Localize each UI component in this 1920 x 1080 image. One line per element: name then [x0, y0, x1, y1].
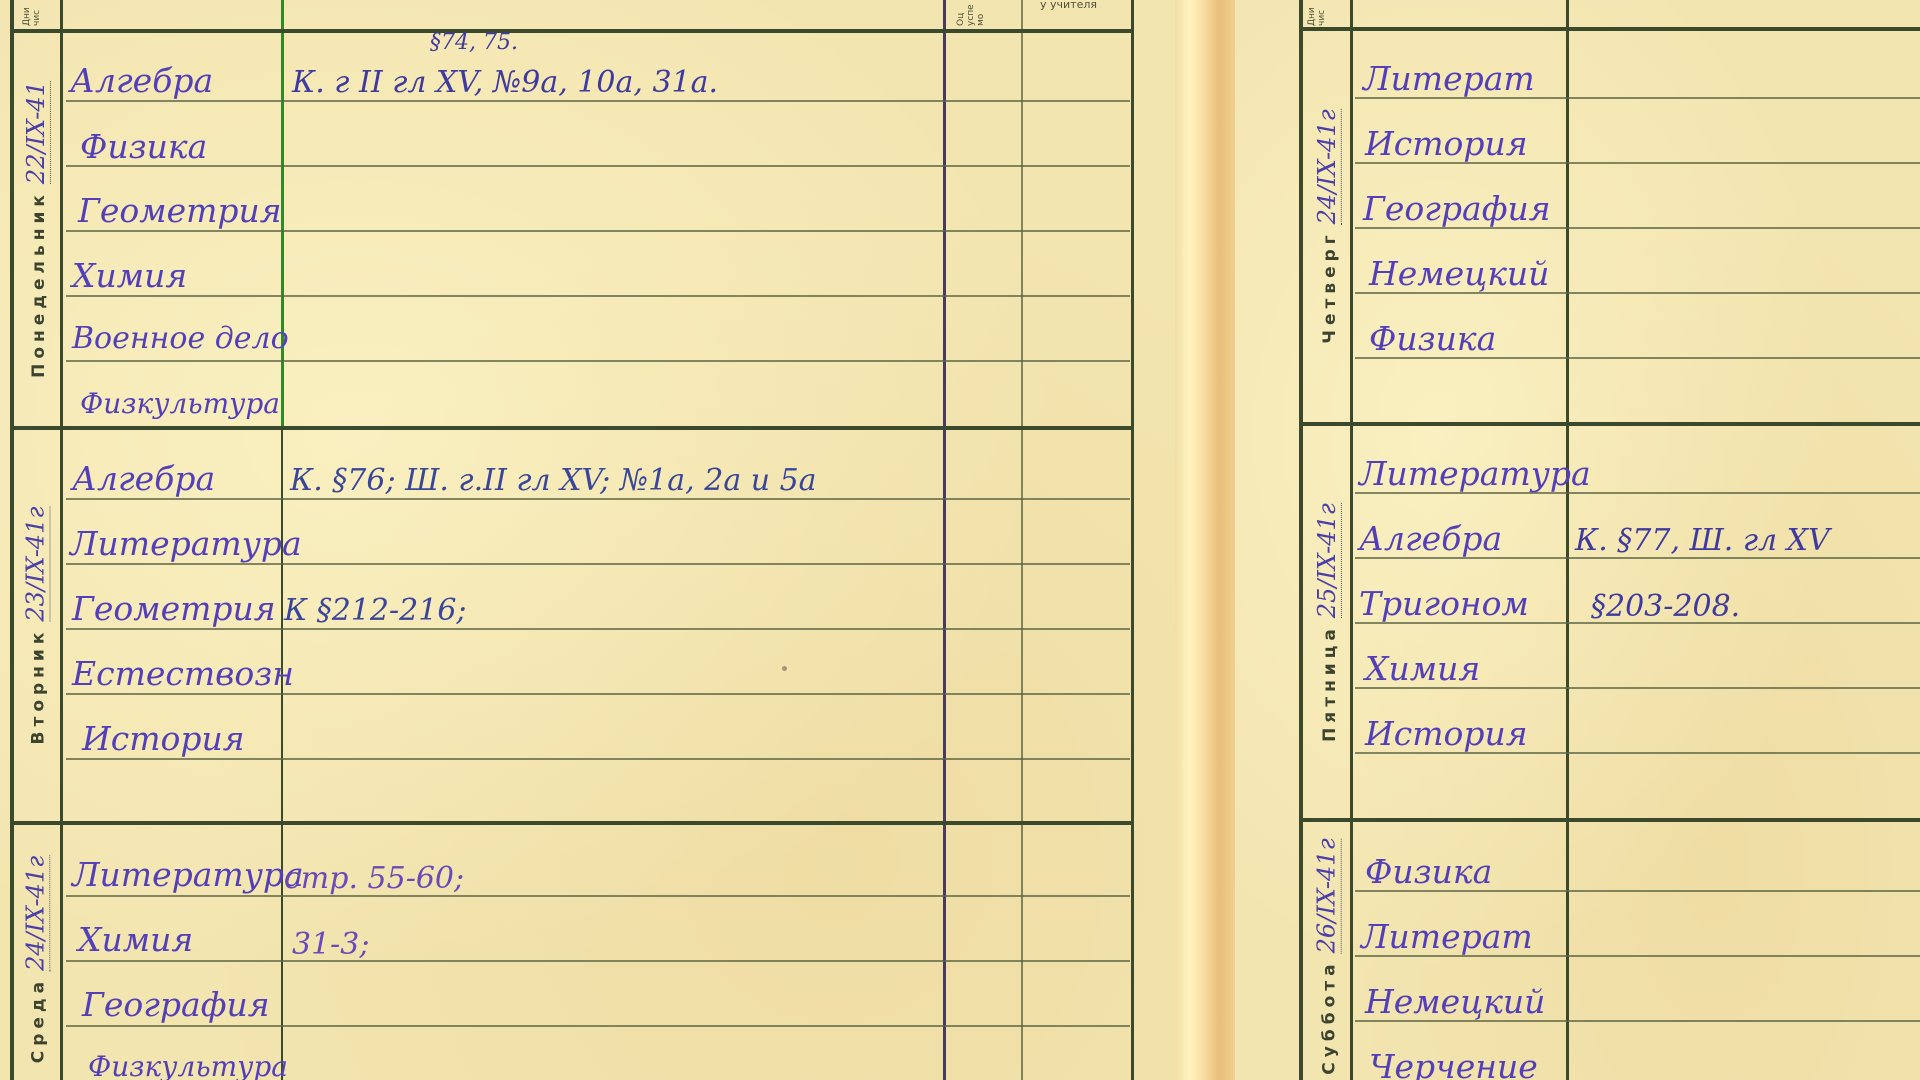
subject: Немецкий: [1369, 257, 1549, 290]
day-name: Четверг: [1320, 230, 1340, 343]
header-rule: [1299, 27, 1920, 31]
day-label-saturday: Суббота 26/IX-41г: [1301, 822, 1353, 1080]
block-rule: [1299, 818, 1920, 822]
day-label-thursday: Четверг 24/IX-41г: [1301, 31, 1353, 422]
subject: Немецкий: [1365, 985, 1545, 1018]
day-name: Понедельник: [29, 190, 49, 378]
day-date: 23/IX-41г: [22, 507, 51, 622]
day-column-header: Дни чис: [22, 0, 42, 26]
subject: Геометрия: [78, 194, 282, 227]
header-rule: [10, 29, 1134, 33]
day-name: Среда: [29, 977, 49, 1063]
homework: стр. 55-60;: [284, 864, 464, 894]
subject: Черчение: [1369, 1050, 1538, 1080]
subject: Литерат: [1361, 920, 1533, 953]
subject: Химия: [1365, 652, 1480, 685]
block-rule: [10, 426, 1134, 430]
homework: К. §76; Ш. г.II гл XV; №1а, 2а и 5а: [290, 466, 817, 496]
homework: К §212-216;: [284, 596, 467, 626]
subject: История: [1365, 127, 1528, 160]
homework: 31-3;: [292, 930, 370, 960]
homework: К. г II гл XV, №9а, 10а, 31а.: [292, 68, 718, 98]
day-date: 24/IX-41г: [1313, 109, 1342, 224]
subject: Тригоном: [1359, 587, 1529, 620]
day-date: 25/IX-41г: [1313, 503, 1342, 618]
day-label-tuesday: Вторник 23/IX-41г: [10, 430, 62, 821]
day-column-header: Дни чис: [1307, 0, 1327, 26]
subject: Физкультура: [88, 1053, 288, 1080]
day-name: Суббота: [1320, 959, 1340, 1074]
homework: §203-208.: [1591, 592, 1740, 622]
subject: География: [1363, 192, 1551, 225]
teacher-column-rule: [1021, 0, 1023, 1080]
subject: Литература: [72, 858, 304, 891]
subject: Естествозн: [72, 657, 294, 690]
left-page: Дни чис Оц успе мо у учителя Понедельник…: [0, 0, 1195, 1080]
subject: Физика: [1369, 322, 1496, 355]
marks-column-rule: [943, 0, 946, 1080]
marks-column-header: Оц успе мо: [956, 0, 986, 26]
subject: Геометрия: [72, 592, 276, 625]
subject: Алгебра: [72, 462, 215, 495]
subject: Физика: [80, 130, 207, 163]
subject: Алгебра: [1359, 522, 1502, 555]
day-label-friday: Пятница 25/IX-41г: [1301, 426, 1353, 818]
day-name: Пятница: [1320, 624, 1340, 742]
block-rule: [10, 821, 1134, 825]
right-page: Дни чис Четверг 24/IX-41г Литерат Истори…: [1235, 0, 1920, 1080]
subject: География: [82, 988, 270, 1021]
subject: Алгебра: [70, 64, 213, 97]
day-date: 24/IX-41г: [22, 856, 51, 971]
day-name: Вторник: [29, 628, 49, 745]
subject: Физика: [1365, 855, 1492, 888]
subject: История: [82, 722, 245, 755]
subject: Литература: [70, 527, 302, 560]
subject: Военное дело: [72, 324, 289, 354]
teacher-column-header: у учителя: [1040, 0, 1097, 26]
day-label-wednesday: Среда 24/IX-41г: [10, 825, 62, 1080]
outer-border-right: [1131, 0, 1134, 1080]
day-label-monday: Понедельник 22/IX-41: [10, 33, 62, 426]
subject: Химия: [72, 259, 187, 292]
day-date: 22/IX-41: [22, 81, 51, 184]
subject: История: [1365, 717, 1528, 750]
day-date: 26/IX-41г: [1313, 838, 1342, 953]
subject: Химия: [78, 923, 193, 956]
homework: К. §77, Ш. гл XV: [1575, 526, 1830, 556]
subject: Физкультура: [80, 390, 280, 418]
homework-note: §74, 75.: [430, 32, 518, 54]
subject: Литерат: [1363, 62, 1535, 95]
subject: Литература: [1359, 457, 1591, 490]
block-rule: [1299, 422, 1920, 426]
